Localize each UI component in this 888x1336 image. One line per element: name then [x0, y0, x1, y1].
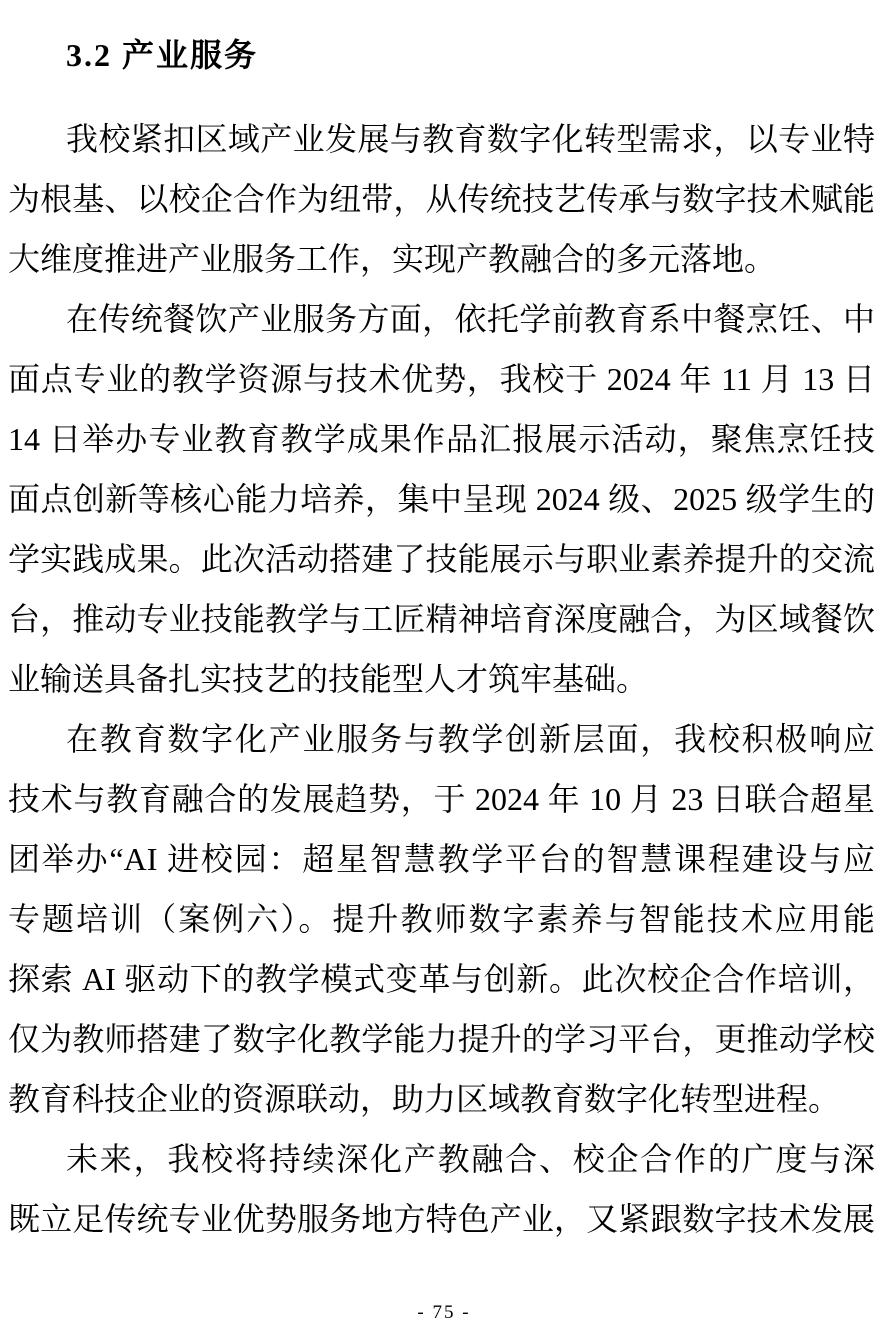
document-page: 3.2 产业服务 我校紧扣区域产业发展与教育数字化转型需求，以专业特色为根基、以… [0, 0, 888, 1336]
text-line: 面点创新等核心能力培养，集中呈现 2024 级、2025 级学生的教 [8, 469, 875, 529]
text-line: 技术与教育融合的发展趋势，于 2024 年 10 月 23 日联合超星集 [8, 769, 875, 829]
text-line: 为根基、以校企合作为纽带，从传统技艺传承与数字技术赋能两 [8, 169, 875, 229]
text-line: 教育科技企业的资源联动，助力区域教育数字化转型进程。 [8, 1069, 875, 1129]
text-line: 14 日举办专业教育教学成果作品汇报展示活动，聚焦烹饪技艺、 [8, 409, 875, 469]
text-line: 大维度推进产业服务工作，实现产教融合的多元落地。 [8, 229, 875, 289]
text-line: 学实践成果。此次活动搭建了技能展示与职业素养提升的交流平 [8, 529, 875, 589]
text-line: 面点专业的教学资源与技术优势，我校于 2024 年 11 月 13 日— [8, 349, 875, 409]
text-line: 台，推动专业技能教学与工匠精神培育深度融合，为区域餐饮行 [8, 589, 875, 649]
paragraph: 在教育数字化产业服务与教学创新层面，我校积极响应 AI技术与教育融合的发展趋势，… [8, 709, 875, 1129]
page-number: - 75 - [0, 1302, 888, 1324]
text-line: 探索 AI 驱动下的教学模式变革与创新。此次校企合作培训，不 [8, 949, 875, 1009]
text-line: 仅为教师搭建了数字化教学能力提升的学习平台，更推动学校与 [8, 1009, 875, 1069]
text-line: 既立足传统专业优势服务地方特色产业，又紧跟数字技术发展趋 [8, 1189, 875, 1249]
paragraph: 未来，我校将持续深化产教融合、校企合作的广度与深度，既立足传统专业优势服务地方特… [8, 1129, 875, 1249]
document-body: 我校紧扣区域产业发展与教育数字化转型需求，以专业特色为根基、以校企合作为纽带，从… [0, 109, 888, 1249]
text-line: 业输送具备扎实技艺的技能型人才筑牢基础。 [8, 649, 875, 709]
text-line: 未来，我校将持续深化产教融合、校企合作的广度与深度， [8, 1129, 875, 1189]
text-line: 我校紧扣区域产业发展与教育数字化转型需求，以专业特色 [8, 109, 875, 169]
text-line: 在教育数字化产业服务与教学创新层面，我校积极响应 AI [8, 709, 875, 769]
paragraph: 我校紧扣区域产业发展与教育数字化转型需求，以专业特色为根基、以校企合作为纽带，从… [8, 109, 875, 289]
text-line: 专题培训（案例六）。提升教师数字素养与智能技术应用能力， [8, 889, 875, 949]
section-heading: 3.2 产业服务 [0, 27, 888, 83]
paragraph: 在传统餐饮产业服务方面，依托学前教育系中餐烹饪、中西面点专业的教学资源与技术优势… [8, 289, 875, 709]
text-line: 团举办“AI 进校园：超星智慧教学平台的智慧课程建设与应用” [8, 829, 875, 889]
text-line: 在传统餐饮产业服务方面，依托学前教育系中餐烹饪、中西 [8, 289, 875, 349]
